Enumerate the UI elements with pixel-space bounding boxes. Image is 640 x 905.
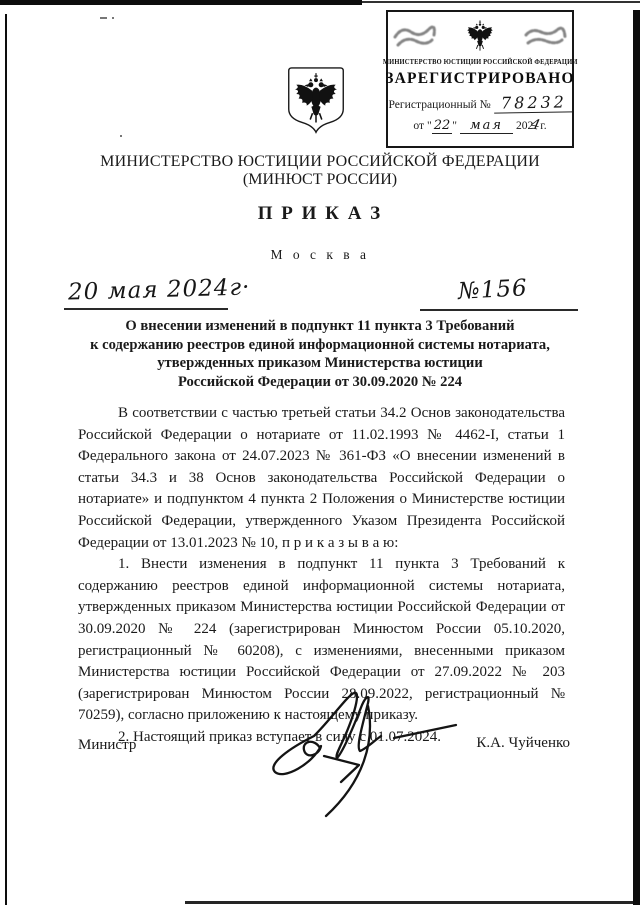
registration-stamp: МИНИСТЕРСТВО ЮСТИЦИИ РОССИЙСКОЙ ФЕДЕРАЦИ… (386, 10, 574, 148)
city-label: М о с к в а (0, 247, 640, 263)
order-subject-title: О внесении изменений в подпункт 11 пункт… (70, 317, 570, 391)
subject-line-3: утвержденных приказом Министерства юстиц… (70, 354, 570, 373)
stamp-close-quote: " (452, 119, 457, 132)
stamp-flourish-right-icon (524, 21, 568, 51)
scan-artifact (112, 17, 114, 19)
scan-border-bottom (185, 901, 640, 904)
document-page: { "colors": { "ink": "#1a1a1a", "paper":… (0, 0, 640, 905)
stamp-date-from: от (413, 119, 424, 132)
body-paragraph-1: В соответствии с частью третьей статьи 3… (78, 403, 565, 554)
ministry-name: МИНИСТЕРСТВО ЮСТИЦИИ РОССИЙСКОЙ ФЕДЕРАЦИ… (0, 153, 640, 171)
stamp-registration-number: Регистрационный № 78232 (388, 93, 571, 113)
handwritten-date: 20 мая 2024г· (68, 274, 251, 305)
scan-artifact (100, 17, 107, 19)
stamp-reg-number-label: Регистрационный № (388, 98, 490, 111)
minister-signature-icon (262, 686, 466, 820)
scan-border-top-left (0, 0, 362, 5)
stamp-flourish-left-icon (392, 21, 436, 51)
scan-border-right (633, 10, 640, 905)
stamp-registered-label: ЗАРЕГИСТРИРОВАНО (385, 70, 574, 88)
number-underline (420, 309, 578, 311)
stamp-reg-number-value: 78232 (493, 92, 571, 113)
stamp-date-line: от "22" мая 2024г. (413, 117, 546, 134)
subject-line-4: Российской Федерации от 30.09.2020 № 224 (70, 373, 570, 392)
stamp-ministry-line: МИНИСТЕРСТВО ЮСТИЦИИ РОССИЙСКОЙ ФЕДЕРАЦИ… (383, 58, 578, 66)
date-underline (64, 308, 228, 310)
scan-artifact (120, 135, 122, 137)
document-type-title: П Р И К А З (0, 203, 640, 225)
minister-name: К.А. Чуйченко (476, 735, 570, 752)
subject-line-2: к содержанию реестров единой информацион… (70, 336, 570, 355)
ministry-short-name: (МИНЮСТ РОССИИ) (0, 171, 640, 189)
stamp-date-month: мая (460, 118, 513, 134)
minister-title: Министр (78, 737, 136, 754)
scan-border-top-right (362, 1, 640, 3)
stamp-eagle-icon (465, 18, 495, 54)
stamp-date-suffix: г. (540, 119, 546, 132)
stamp-date-day: 22 (432, 118, 453, 134)
coat-of-arms-icon (287, 66, 345, 136)
scan-border-left (5, 14, 7, 905)
subject-line-1: О внесении изменений в подпункт 11 пункт… (70, 317, 570, 336)
handwritten-order-number: №156 (457, 275, 528, 305)
